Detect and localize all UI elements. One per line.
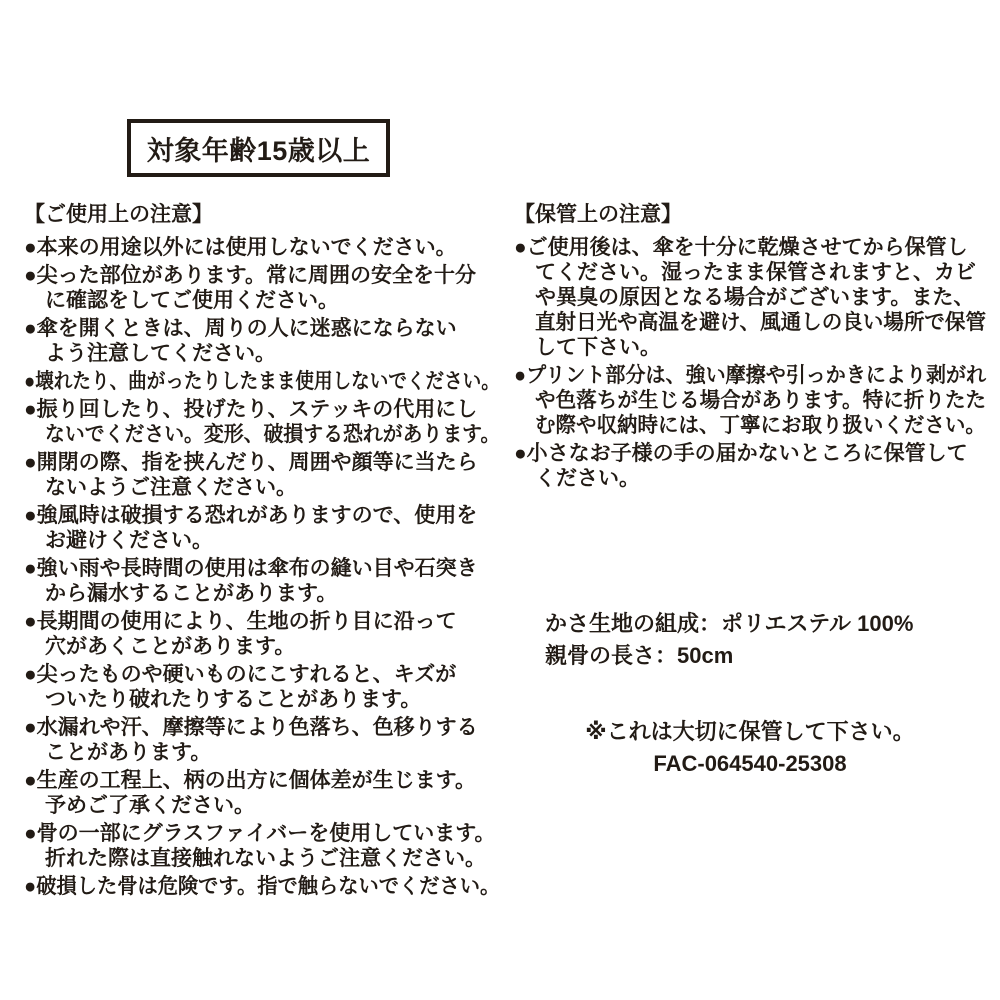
note-line: や色落ちが生じる場合があります。特に折りたた [514,388,986,413]
product-code-text: FAC-064540-25308 [653,748,846,780]
note-line-text: ●尖った部位があります。常に周囲の安全を十分 [24,263,476,288]
note-line: ●開閉の際、指を挟んだり、周囲や顔等に当たら [24,450,500,475]
note-line-text: ください。 [535,466,640,491]
note-line: ●プリント部分は、強い摩擦や引っかきにより剥がれ [514,363,986,388]
note-item: ●尖った部位があります。常に周囲の安全を十分に確認をしてご使用ください。 [24,263,500,313]
note-line-text: ●小さなお子様の手の届かないところに保管して [514,441,968,466]
note-item: ●強い雨や長時間の使用は傘布の縫い目や石突きから漏水することがあります。 [24,556,500,606]
note-item: ●小さなお子様の手の届かないところに保管してください。 [514,441,986,491]
note-line: ●生産の工程上、柄の出方に個体差が生じます。 [24,768,500,793]
note-line-text: ●長期間の使用により、生地の折り目に沿って [24,609,457,634]
note-line: して下さい。 [514,335,986,360]
note-item: ●水漏れや汗、摩擦等により色落ち、色移りすることがあります。 [24,715,500,765]
usage-notes-list: ●本来の用途以外には使用しないでください。●尖った部位があります。常に周囲の安全… [24,235,500,899]
note-item: ●生産の工程上、柄の出方に個体差が生じます。予めご了承ください。 [24,768,500,818]
note-line: ●本来の用途以外には使用しないでください。 [24,235,500,260]
note-line: む際や収納時には、丁寧にお取り扱いください。 [514,413,986,438]
rib-length: 親骨の長さ：50cm [545,640,965,672]
fabric-composition-text: かさ生地の組成：ポリエステル 100% [545,608,913,640]
note-line: や異臭の原因となる場合がございます。また、 [514,285,986,310]
note-line-text: 穴があくことがあります。 [45,634,295,659]
note-line-text: ことがあります。 [45,740,211,765]
note-line: 折れた際は直接触れないようご注意ください。 [24,846,500,871]
note-item: ●開閉の際、指を挟んだり、周囲や顔等に当たらないようご注意ください。 [24,450,500,500]
note-line-text: ●開閉の際、指を挟んだり、周囲や顔等に当たら [24,450,478,475]
note-line-text: ●傘を開くときは、周りの人に迷惑にならない [24,316,457,341]
note-line: ●長期間の使用により、生地の折り目に沿って [24,609,500,634]
note-line-text: ●生産の工程上、柄の出方に個体差が生じます。 [24,768,476,793]
note-line-text: ●尖ったものや硬いものにこすれると、キズが [24,662,456,687]
rib-length-text: 親骨の長さ：50cm [545,640,733,672]
age-restriction-label: 対象年齢15歳以上 [147,129,371,168]
spec-block: かさ生地の組成：ポリエステル 100% 親骨の長さ：50cm [545,608,965,672]
note-line-text: や色落ちが生じる場合があります。特に折りたた [535,388,986,413]
note-line-text: ●強風時は破損する恐れがありますので、使用を [24,503,477,528]
note-line: てください。湿ったまま保管されますと、カビ [514,260,986,285]
note-line: ないようご注意ください。 [24,475,500,500]
note-line: に確認をしてご使用ください。 [24,288,500,313]
note-item: ●骨の一部にグラスファイバーを使用しています。折れた際は直接触れないようご注意く… [24,821,500,871]
note-line: から漏水することがあります。 [24,581,500,606]
note-line: ●ご使用後は、傘を十分に乾燥させてから保管し [514,235,986,260]
note-line-text: 折れた際は直接触れないようご注意ください。 [45,846,486,871]
note-item: ●プリント部分は、強い摩擦や引っかきにより剥がれや色落ちが生じる場合があります。… [514,363,986,438]
note-line: ●尖った部位があります。常に周囲の安全を十分 [24,263,500,288]
note-line-text: てください。湿ったまま保管されますと、カビ [535,260,976,285]
note-line-text: ●本来の用途以外には使用しないでください。 [24,235,457,260]
note-line: ●傘を開くときは、周りの人に迷惑にならない [24,316,500,341]
note-item: ●本来の用途以外には使用しないでください。 [24,235,500,260]
note-line: 予めご了承ください。 [24,793,500,818]
note-line: お避けください。 [24,528,500,553]
note-item: ●振り回したり、投げたり、ステッキの代用にしないでください。変形、破損する恐れが… [24,397,500,447]
note-line: ●強風時は破損する恐れがありますので、使用を [24,503,500,528]
note-line-text: ●壊れたり、曲がったりしたまま使用しないでください。 [24,369,500,394]
note-line-text: に確認をしてご使用ください。 [45,288,339,313]
note-line-text: よう注意してください。 [45,341,276,366]
note-line-text: ●ご使用後は、傘を十分に乾燥させてから保管し [514,235,968,260]
note-item: ●破損した骨は危険です。指で触らないでください。 [24,874,500,899]
note-line-text: ●破損した骨は危険です。指で触らないでください。 [24,874,500,899]
note-line-text: ないでください。変形、破損する恐れがあります。 [45,422,500,447]
note-line: ●振り回したり、投げたり、ステッキの代用にし [24,397,500,422]
note-line: ●骨の一部にグラスファイバーを使用しています。 [24,821,500,846]
usage-notes-section: 【ご使用上の注意】 ●本来の用途以外には使用しないでください。●尖った部位があり… [24,202,500,902]
usage-notes-heading: 【ご使用上の注意】 [24,202,500,228]
note-line-text: して下さい。 [535,335,661,360]
care-instructions-sheet: 対象年齢15歳以上 【ご使用上の注意】 ●本来の用途以外には使用しないでください… [0,0,1000,1000]
note-line: ことがあります。 [24,740,500,765]
note-item: ●ご使用後は、傘を十分に乾燥させてから保管してください。湿ったまま保管されますと… [514,235,986,360]
note-item: ●傘を開くときは、周りの人に迷惑にならないよう注意してください。 [24,316,500,366]
storage-notes-list: ●ご使用後は、傘を十分に乾燥させてから保管してください。湿ったまま保管されますと… [514,235,986,491]
note-line-text: ●水漏れや汗、摩擦等により色落ち、色移りする [24,715,478,740]
note-line-text: や異臭の原因となる場合がございます。また、 [535,285,974,310]
product-code: FAC-064540-25308 [540,748,960,780]
note-line: ●小さなお子様の手の届かないところに保管して [514,441,986,466]
age-restriction-box: 対象年齢15歳以上 [127,119,390,177]
note-item: ●尖ったものや硬いものにこすれると、キズがついたり破れたりすることがあります。 [24,662,500,712]
note-line-text: ないようご注意ください。 [45,475,297,500]
storage-notes-heading: 【保管上の注意】 [514,202,986,228]
note-line-text: ●プリント部分は、強い摩擦や引っかきにより剥がれ [514,363,986,388]
note-line-text: ●振り回したり、投げたり、ステッキの代用にし [24,397,477,422]
fabric-composition: かさ生地の組成：ポリエステル 100% [545,608,965,640]
note-line-text: 直射日光や高温を避け、風通しの良い場所で保管 [535,310,986,335]
note-item: ●壊れたり、曲がったりしたまま使用しないでください。 [24,369,500,394]
note-line-text: 予めご了承ください。 [45,793,255,818]
keep-notice-text: ※これは大切に保管して下さい。 [585,716,914,748]
note-line: ●尖ったものや硬いものにこすれると、キズが [24,662,500,687]
storage-notes-section: 【保管上の注意】 ●ご使用後は、傘を十分に乾燥させてから保管してください。湿った… [514,202,986,494]
note-line-text: ●強い雨や長時間の使用は傘布の縫い目や石突き [24,556,478,581]
note-line: ください。 [514,466,986,491]
note-line: ●強い雨や長時間の使用は傘布の縫い目や石突き [24,556,500,581]
note-item: ●強風時は破損する恐れがありますので、使用をお避けください。 [24,503,500,553]
note-line: ●壊れたり、曲がったりしたまま使用しないでください。 [24,369,500,394]
note-line: 穴があくことがあります。 [24,634,500,659]
note-line: ●水漏れや汗、摩擦等により色落ち、色移りする [24,715,500,740]
note-line: ないでください。変形、破損する恐れがあります。 [24,422,500,447]
note-line-text: から漏水することがあります。 [45,581,337,606]
note-line: よう注意してください。 [24,341,500,366]
note-line-text: お避けください。 [45,528,213,553]
note-line: ついたり破れたりすることがあります。 [24,687,500,712]
note-line-text: ついたり破れたりすることがあります。 [45,687,421,712]
note-line-text: む際や収納時には、丁寧にお取り扱いください。 [535,413,986,438]
note-line: ●破損した骨は危険です。指で触らないでください。 [24,874,500,899]
keep-notice: ※これは大切に保管して下さい。 [540,716,960,748]
note-item: ●長期間の使用により、生地の折り目に沿って穴があくことがあります。 [24,609,500,659]
note-line: 直射日光や高温を避け、風通しの良い場所で保管 [514,310,986,335]
keep-notice-block: ※これは大切に保管して下さい。 FAC-064540-25308 [540,716,960,780]
note-line-text: ●骨の一部にグラスファイバーを使用しています。 [24,821,496,846]
